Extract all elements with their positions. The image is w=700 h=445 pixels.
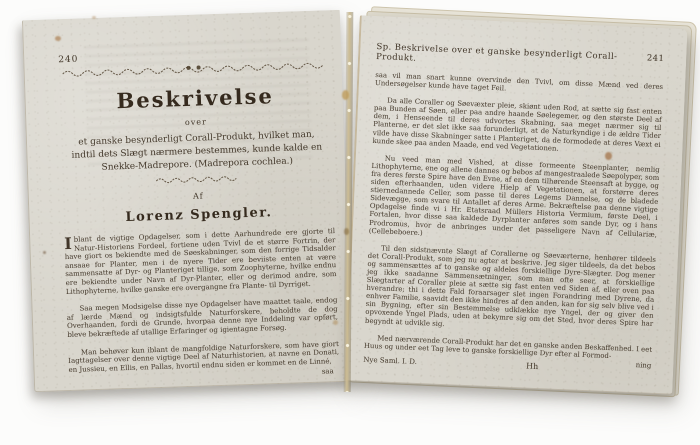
book-photo: 240 Beskrivelse over et ganske besynderl…	[0, 0, 700, 445]
paragraph: saa vil man snart kunne overvinde den Tv…	[375, 71, 663, 99]
verso-show-through	[84, 39, 313, 166]
foxing-spot	[43, 251, 46, 254]
paragraph: Saa megen Modsigelse disse nye Opdagelse…	[66, 296, 338, 339]
foxing-spot	[55, 36, 61, 41]
foxing-spot	[92, 16, 96, 19]
small-squiggle-ornament	[154, 173, 242, 184]
foxing-spot	[605, 152, 612, 160]
byline-af: Af	[63, 187, 334, 205]
paragraph: Da alle Coraller og Søevæxter pleie, ski…	[372, 96, 662, 157]
foxing-spot	[333, 320, 338, 325]
right-page: Sp. Beskrivelse over et ganske besynderl…	[344, 15, 687, 394]
paragraph: Iblant de vigtige Opdagelser, som i dett…	[64, 227, 337, 296]
gathering-mark: Hh	[526, 361, 539, 371]
right-page-number: 241	[647, 53, 665, 64]
signature-mark: Nye Saml. I. D.	[363, 356, 417, 366]
paragraph: Til den sidstnævnte Slægt af Corallerne …	[365, 244, 656, 337]
left-page: 240 Beskrivelse over et ganske besynderl…	[22, 10, 352, 392]
foxing-spot	[344, 228, 349, 235]
running-title: Sp. Beskrivelse over et ganske besynderl…	[376, 42, 633, 73]
foxing-spot	[342, 90, 349, 100]
running-header: Sp. Beskrivelse over et ganske besynderl…	[376, 42, 665, 74]
catchword: ning	[635, 361, 651, 370]
author-name: Lorenz Spengler.	[63, 203, 334, 227]
paragraph-text: blant de vigtige Opdagelser, som i dette…	[65, 227, 337, 296]
paragraph: Nu veed man med Vished, at disse formeen…	[369, 154, 660, 247]
